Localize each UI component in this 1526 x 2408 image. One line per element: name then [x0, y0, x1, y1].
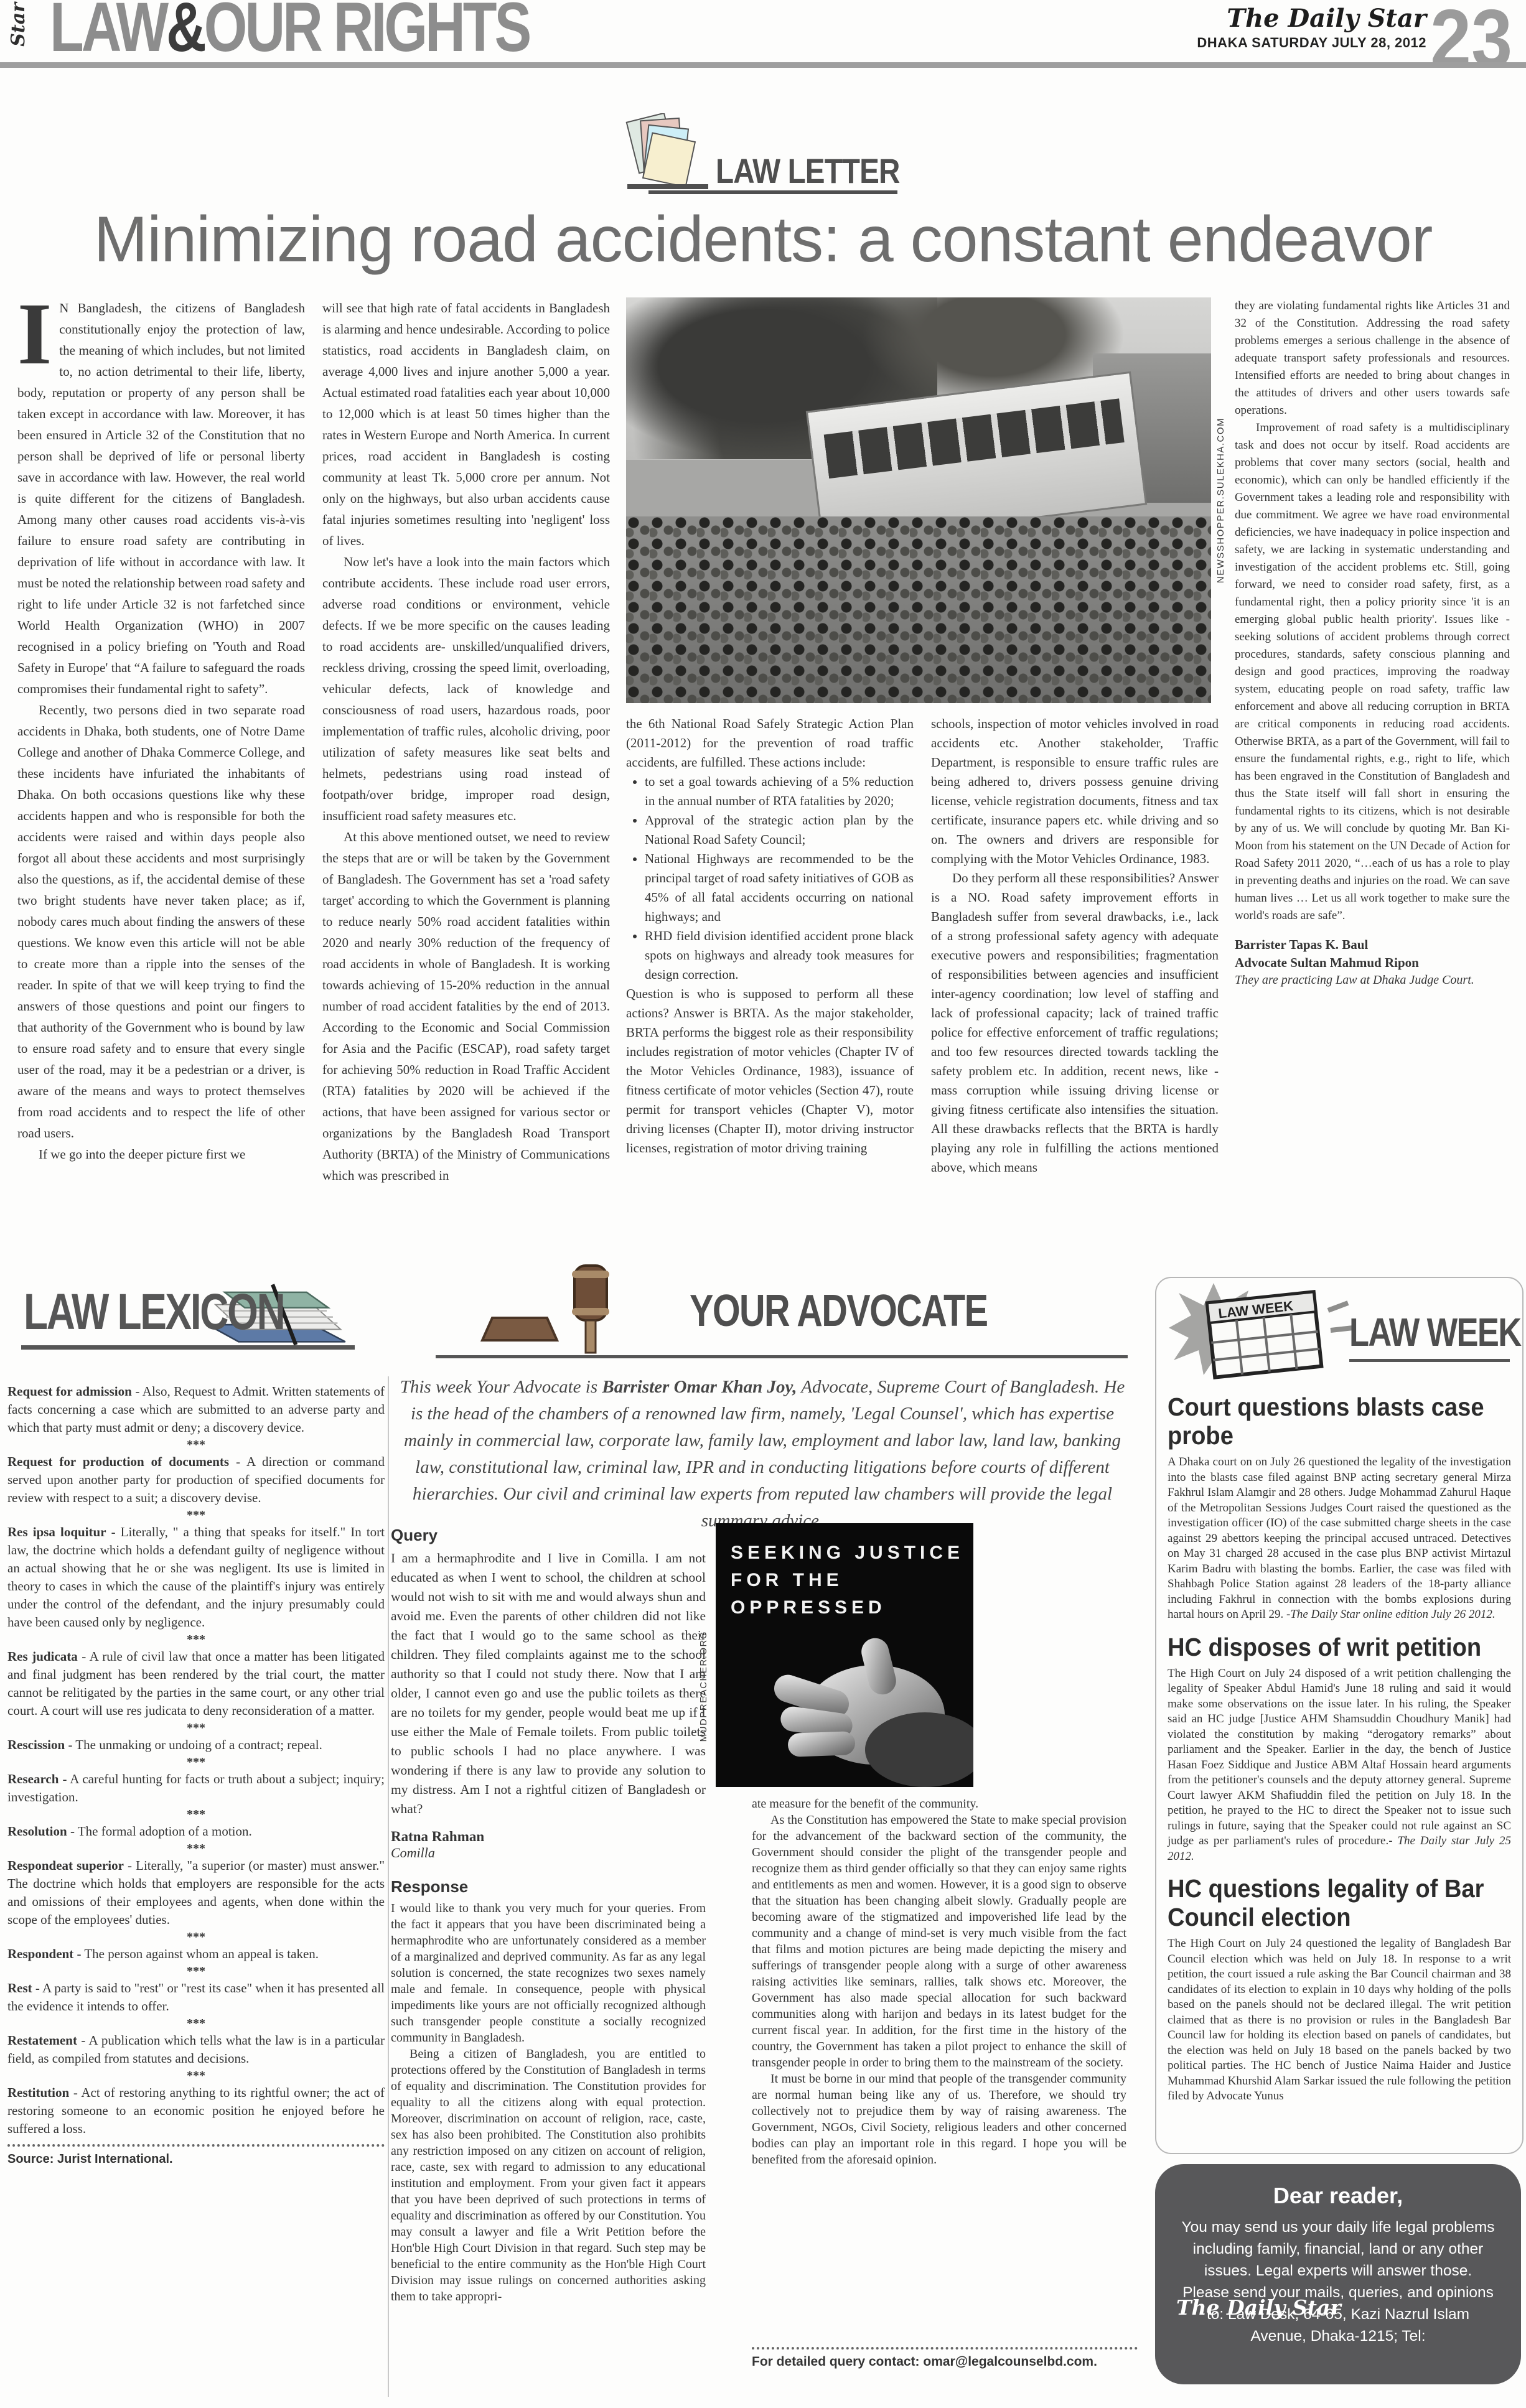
law-week-calendar-icon: LAW WEEK	[1159, 1278, 1358, 1388]
lexicon-separator: ***	[7, 1507, 385, 1523]
article-paragraph: Question is who is supposed to perform a…	[626, 984, 914, 1158]
response-paragraph: Being a citizen of Bangladesh, you are e…	[391, 2046, 706, 2305]
article-paragraph: At this above mentioned outset, we need …	[322, 826, 610, 1186]
lexicon-entry: Request for admission - Also, Request to…	[7, 1383, 385, 1437]
law-week-underline	[1349, 1359, 1510, 1362]
lexicon-separator: ***	[7, 2015, 385, 2032]
bullet-item: National Highways are recommended to be …	[645, 849, 914, 926]
article-author-2: Advocate Sultan Mahmud Ripon	[1235, 954, 1510, 972]
bullet-list: to set a goal towards achieving of a 5% …	[626, 772, 914, 984]
lexicon-definition: - The person against whom an appeal is t…	[73, 1946, 319, 1961]
hand-graphic	[716, 1600, 973, 1787]
query-label: Query	[391, 1526, 706, 1545]
lexicon-definition: - The unmaking or undoing of a contract;…	[65, 1737, 322, 1752]
your-advocate-underline	[436, 1355, 1128, 1358]
article-paragraph: N Bangladesh, the citizens of Bangladesh…	[17, 297, 305, 699]
intro-pre: This week Your Advocate is	[400, 1377, 602, 1397]
lexicon-entry: Rest - A party is said to "rest" or "res…	[7, 1979, 385, 2015]
drop-cap: I	[17, 297, 59, 366]
masthead-law: LAW	[50, 0, 166, 66]
lexicon-entry: Research - A careful hunting for facts o…	[7, 1770, 385, 1806]
lexicon-entry: Respondent - The person against whom an …	[7, 1945, 385, 1963]
law-week-title: LAW WEEK	[1349, 1309, 1520, 1355]
lexicon-entry: Res judicata - A rule of civil law that …	[7, 1648, 385, 1720]
lexicon-definition: - A careful hunting for facts or truth a…	[7, 1771, 385, 1804]
response-paragraph: It must be borne in our mind that people…	[752, 2071, 1126, 2168]
article-column-4: schools, inspection of motor vehicles in…	[931, 714, 1219, 1273]
lexicon-separator: ***	[7, 1631, 385, 1648]
your-advocate-gavel-icon	[470, 1263, 688, 1360]
lexicon-term: Res ipsa loquitur	[7, 1524, 106, 1539]
law-week-article: Court questions blasts case probe A Dhak…	[1168, 1393, 1511, 1623]
lexicon-definition: - Literally, " a thing that speaks for i…	[7, 1524, 385, 1630]
lexicon-term: Research	[7, 1771, 59, 1786]
masthead-rule	[0, 62, 1526, 68]
law-week-article-body: The High Court on July 24 questioned the…	[1168, 1936, 1511, 2104]
intro-rest: Advocate, Supreme Court of Bangladesh. H…	[404, 1377, 1125, 1531]
seeking-justice-image: SEEKING JUSTICE FOR THE OPPRESSED	[716, 1523, 973, 1787]
lexicon-entry: Restatement - A publication which tells …	[7, 2032, 385, 2068]
lexicon-definition: - A party is said to "rest" or "rest its…	[7, 1981, 385, 2014]
law-week-article: HC questions legality of Bar Council ele…	[1168, 1874, 1511, 2104]
advocate-intro: This week Your Advocate is Barrister Oma…	[400, 1374, 1125, 1534]
accident-photo	[626, 297, 1211, 703]
dear-reader-box: Dear reader, You may send us your daily …	[1155, 2164, 1521, 2384]
article-column-5: they are violating fundamental rights li…	[1235, 297, 1510, 1287]
section-divider	[388, 1376, 389, 2397]
law-letter-badge: LAW LETTER	[716, 151, 900, 191]
bullet-item: Approval of the strategic action plan by…	[645, 811, 914, 849]
law-week-articles: Court questions blasts case probe A Dhak…	[1168, 1389, 1511, 2104]
masthead-ampersand: &	[166, 0, 204, 66]
lexicon-entry: Res ipsa loquitur - Literally, " a thing…	[7, 1523, 385, 1631]
advocate-contact: For detailed query contact: omar@legalco…	[752, 2347, 1138, 2369]
response-paragraph: As the Constitution has empowered the St…	[752, 1812, 1126, 2071]
article-paragraph: they are violating fundamental rights li…	[1235, 297, 1510, 419]
law-week-article-title: Court questions blasts case probe	[1168, 1393, 1487, 1450]
lexicon-term: Respondent	[7, 1946, 73, 1961]
law-week-article-title: HC disposes of writ petition	[1168, 1633, 1487, 1661]
article-paragraph: schools, inspection of motor vehicles in…	[931, 714, 1219, 869]
query-text: I am a hermaphrodite and I live in Comil…	[391, 1549, 706, 1819]
lexicon-separator: ***	[7, 1806, 385, 1822]
law-week-article: HC disposes of writ petition The High Co…	[1168, 1633, 1511, 1865]
query-column: Query I am a hermaphrodite and I live in…	[391, 1526, 706, 2305]
law-letter-folder-icon	[615, 113, 714, 197]
dear-reader-body: You may send us your daily life legal pr…	[1177, 2216, 1499, 2282]
article-column-2: will see that high rate of fatal acciden…	[322, 297, 610, 1273]
response-column-2: ate measure for the benefit of the commu…	[752, 1796, 1126, 2168]
lexicon-term: Rescission	[7, 1737, 65, 1752]
lexicon-term: Request for admission	[7, 1384, 132, 1399]
lexicon-term: Resolution	[7, 1824, 67, 1839]
article-column-3: the 6th National Road Safely Strategic A…	[626, 714, 914, 1273]
section-masthead: LAW&OUR RIGHTS	[50, 0, 529, 62]
lexicon-source: Source: Jurist International.	[7, 2144, 385, 2168]
law-letter-badge-underline	[648, 190, 897, 194]
query-author: Ratna Rahman	[391, 1829, 706, 1845]
article-author-note: They are practicing Law at Dhaka Judge C…	[1235, 972, 1510, 989]
lexicon-definition: - The formal adoption of a motion.	[67, 1824, 252, 1839]
response-label: Response	[391, 1877, 706, 1897]
date-line: DHAKA SATURDAY JULY 28, 2012	[1139, 35, 1426, 51]
article-paragraph: Recently, two persons died in two separa…	[17, 699, 305, 1144]
lexicon-entry: Request for production of documents - A …	[7, 1453, 385, 1507]
lexicon-entry: Rescission - The unmaking or undoing of …	[7, 1736, 385, 1754]
lexicon-entries: Request for admission - Also, Request to…	[7, 1383, 385, 2168]
lexicon-separator: ***	[7, 1720, 385, 1736]
lexicon-term: Restatement	[7, 2033, 77, 2048]
page-number: 23	[1430, 0, 1512, 85]
lexicon-separator: ***	[7, 1437, 385, 1453]
lexicon-term: Restitution	[7, 2085, 69, 2100]
paper-name: The Daily Star	[1139, 5, 1426, 32]
article-paragraph: Do they perform all these responsibiliti…	[931, 869, 1219, 1177]
your-advocate-title: YOUR ADVOCATE	[690, 1286, 987, 1337]
lexicon-entry: Respondeat superior - Literally, "a supe…	[7, 1857, 385, 1929]
lexicon-separator: ***	[7, 1754, 385, 1770]
article-paragraph: If we go into the deeper picture first w…	[17, 1144, 305, 1165]
article-headline: Minimizing road accidents: a constant en…	[0, 203, 1526, 277]
seeking-justice-credit: MUDPREACHER.ORG	[696, 1580, 711, 1792]
star-vertical-logo: Star	[7, 2, 42, 62]
caption-line-1: SEEKING JUSTICE	[731, 1539, 973, 1567]
masthead-our-rights: OUR RIGHTS	[204, 0, 530, 66]
lexicon-entry: Restitution - Act of restoring anything …	[7, 2084, 385, 2138]
lexicon-separator: ***	[7, 2068, 385, 2084]
bullet-item: RHD field division identified accident p…	[645, 926, 914, 984]
advocate-name: Barrister Omar Khan Joy,	[602, 1377, 797, 1397]
law-week-article-title: HC questions legality of Bar Council ele…	[1168, 1874, 1487, 1931]
article-paragraph: Improvement of road safety is a multidis…	[1235, 419, 1510, 925]
article-column-1: I N Bangladesh, the citizens of Banglade…	[17, 297, 305, 1273]
bullet-item: to set a goal towards achieving of a 5% …	[645, 772, 914, 811]
query-place: Comilla	[391, 1845, 706, 1861]
article-paragraph: will see that high rate of fatal acciden…	[322, 297, 610, 551]
dear-reader-heading: Dear reader,	[1177, 2183, 1499, 2209]
lexicon-term: Rest	[7, 1981, 32, 1995]
lexicon-term: Respondeat superior	[7, 1858, 124, 1873]
law-week-article-cite: -The Daily Star online edition July 26 2…	[1286, 1608, 1496, 1621]
law-week-article-body: The High Court on July 24 disposed of a …	[1168, 1666, 1511, 1865]
photo-bus-windows	[823, 398, 1125, 478]
response-paragraph: I would like to thank you very much for …	[391, 1900, 706, 2046]
article-paragraph: the 6th National Road Safely Strategic A…	[626, 714, 914, 772]
law-lexicon-title: LAW LEXICON	[24, 1283, 284, 1342]
lexicon-separator: ***	[7, 1963, 385, 1979]
article-paragraph: Now let's have a look into the main fact…	[322, 551, 610, 826]
lexicon-entry: Resolution - The formal adoption of a mo…	[7, 1822, 385, 1841]
law-week-article-body: A Dhaka court on on July 26 questioned t…	[1168, 1455, 1511, 1623]
lexicon-separator: ***	[7, 1929, 385, 1945]
dear-reader-logo: The Daily Star	[1176, 2295, 1341, 2320]
photo-credit: NEWSSHOPPER.SULEKHA.COM	[1212, 297, 1229, 703]
photo-crowd	[626, 516, 1211, 703]
article-author-1: Barrister Tapas K. Baul	[1235, 936, 1510, 954]
lexicon-term: Res judicata	[7, 1649, 78, 1664]
article-authors: Barrister Tapas K. Baul Advocate Sultan …	[1235, 936, 1510, 989]
masthead-right: The Daily Star DHAKA SATURDAY JULY 28, 2…	[1139, 5, 1426, 51]
response-paragraph: ate measure for the benefit of the commu…	[752, 1796, 1126, 1812]
lexicon-term: Request for production of documents	[7, 1454, 229, 1469]
law-lexicon-underline	[21, 1345, 355, 1350]
lexicon-separator: ***	[7, 1841, 385, 1857]
newspaper-page: Star LAW&OUR RIGHTS The Daily Star DHAKA…	[0, 0, 1526, 2408]
